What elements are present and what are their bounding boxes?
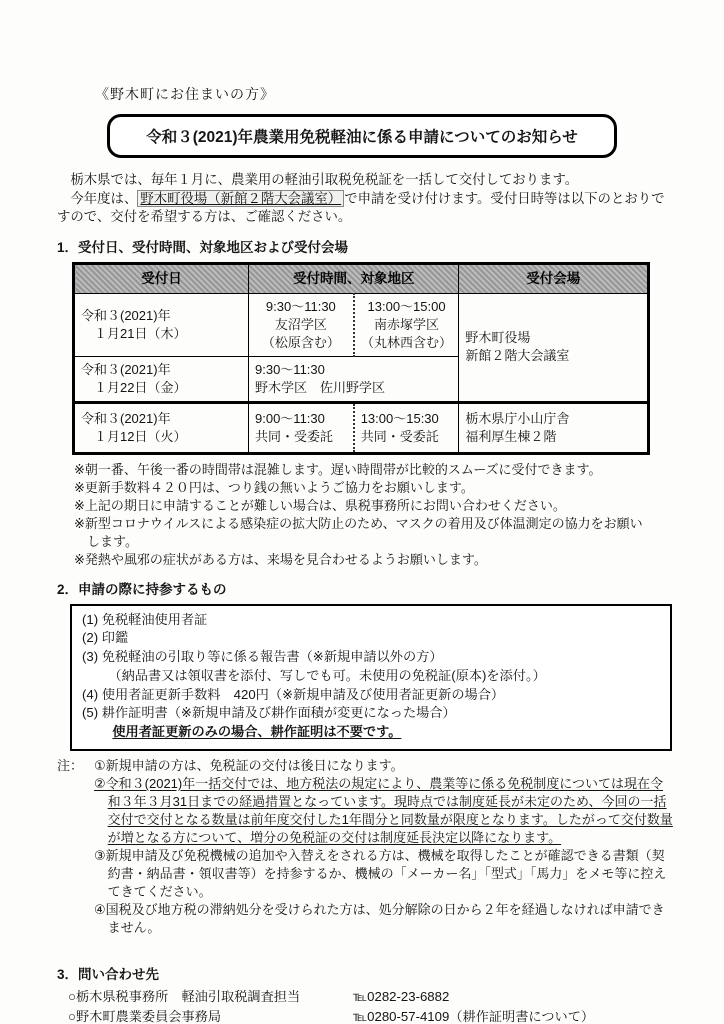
- note-item: ※発熱や風邪の症状がある方は、来場を見合わせるようお願いします。: [74, 551, 646, 569]
- bring-item-3-sub: （納品書又は領収書を添付、写しでも可。未使用の免税証(原本)を添付。）: [108, 667, 660, 686]
- row3-morning-slot: 9:00～11:30 共同・受委託: [249, 402, 354, 453]
- bring-item-4: (4) 使用者証更新手数料 420円（※新規申請及び使用者証更新の場合）: [82, 686, 660, 705]
- intro-section: 栃木県では、毎年１月に、農業用の軽油引取税免税証を一括して交付しております。 今…: [57, 171, 677, 227]
- section1-heading: 1．受付日、受付時間、対象地区および受付会場: [57, 236, 677, 256]
- intro-paragraph-1: 栃木県では、毎年１月に、農業用の軽油引取税免税証を一括して交付しております。: [57, 171, 677, 190]
- page-title: 令和３(2021)年農業用免税軽油に係る申請についてのお知らせ: [146, 129, 578, 146]
- table-row-jan12: 令和３(2021)年 １月12日（火） 9:00～11:30 共同・受委託 13…: [74, 402, 649, 453]
- intro-p2-pre: 今年度は、: [70, 191, 137, 206]
- intro-paragraph-2: 今年度は、野木町役場（新館２階大会議室）で申請を受け付けます。受付日時等は以下の…: [57, 190, 677, 227]
- remarks-items: ①新規申請の方は、免税証の交付は後日になります。 ②令和３(2021)年一括交付…: [94, 757, 675, 937]
- contact-row-kenzei: ○栃木県税事務所 軽油引取税調査担当 ℡0282-23-6882: [68, 987, 677, 1007]
- bring-item-5: (5) 耕作証明書（※新規申請及び耕作面積が変更になった場合）: [82, 704, 660, 723]
- note-item: ※上記の期日に申請することが難しい場合は、県税事務所にお問い合わせください。: [74, 497, 646, 515]
- row1-date: 令和３(2021)年 １月21日（木）: [74, 293, 249, 356]
- audience-note: 《野木町にお住まいの方》: [95, 84, 677, 104]
- remark-4: ④国税及び地方税の滞納処分を受けられた方は、処分解除の日から２年を経過しなければ…: [94, 901, 675, 937]
- bring-item-5-note: 使用者証更新のみの場合、耕作証明は不要です。: [112, 723, 660, 742]
- venue-highlight: 野木町役場（新館２階大会議室）: [137, 190, 344, 207]
- venue-oyama-office: 栃木県庁小山庁舎 福利厚生棟２階: [459, 402, 649, 453]
- bring-item-2: (2) 印鑑: [82, 629, 660, 648]
- contact-name: ○栃木県税事務所 軽油引取税調査担当: [68, 987, 353, 1007]
- title-box: 令和３(2021)年農業用免税軽油に係る申請についてのお知らせ: [107, 114, 617, 158]
- remark-1: ①新規申請の方は、免税証の交付は後日になります。: [94, 757, 675, 775]
- row1-afternoon-slot: 13:00～15:00 南赤塚学区 （丸林西含む）: [354, 293, 459, 356]
- note-item: ※朝一番、午後一番の時間帯は混雑します。遅い時間帯が比較的スムーズに受付できます…: [74, 461, 646, 479]
- bring-item-3: (3) 免税軽油の引取り等に係る報告書（※新規申請以外の方）: [82, 648, 660, 667]
- table-row-jan21: 令和３(2021)年 １月21日（木） 9:30～11:30 友沼学区 （松原含…: [74, 293, 649, 356]
- row1-morning-slot: 9:30～11:30 友沼学区 （松原含む）: [249, 293, 354, 356]
- scanned-notice-page: 《野木町にお住まいの方》 令和３(2021)年農業用免税軽油に係る申請についての…: [0, 0, 724, 1024]
- venue-nogi-hall: 野木町役場 新館２階大会議室: [459, 293, 649, 402]
- bring-item-1: (1) 免税軽油使用者証: [82, 611, 660, 630]
- contact-phone: ℡0280-57-4109（耕作証明書について）: [353, 1007, 594, 1024]
- table-header-row: 受付日 受付時間、対象地区 受付会場: [74, 263, 649, 293]
- bring-items-box: (1) 免税軽油使用者証 (2) 印鑑 (3) 免税軽油の引取り等に係る報告書（…: [70, 604, 672, 752]
- row2-date: 令和３(2021)年 １月22日（金）: [74, 356, 249, 402]
- contact-row-nogyo-iinkai: ○野木町農業委員会事務局 ℡0280-57-4109（耕作証明書について）: [68, 1007, 677, 1024]
- remarks-label: 注：: [57, 757, 94, 937]
- header-venue: 受付会場: [459, 263, 649, 293]
- row3-date: 令和３(2021)年 １月12日（火）: [74, 402, 249, 453]
- row2-time-slot: 9:30～11:30 野木学区 佐川野学区: [249, 356, 459, 402]
- header-time-area: 受付時間、対象地区: [249, 263, 459, 293]
- contact-phone: ℡0282-23-6882: [353, 987, 449, 1007]
- schedule-table: 受付日 受付時間、対象地区 受付会場 令和３(2021)年 １月21日（木） 9…: [72, 262, 650, 455]
- document-content: 《野木町にお住まいの方》 令和３(2021)年農業用免税軽油に係る申請についての…: [57, 84, 677, 1024]
- remarks-block: 注： ①新規申請の方は、免税証の交付は後日になります。 ②令和３(2021)年一…: [57, 757, 677, 937]
- note-item: ※新型コロナウイルスによる感染症の拡大防止のため、マスクの着用及び体温測定の協力…: [74, 515, 646, 551]
- header-date: 受付日: [74, 263, 249, 293]
- section2-heading: 2．申請の際に持参するもの: [57, 578, 677, 598]
- remark-3: ③新規申請及び免税機械の追加や入替えをされる方は、機械を取得したことが確認できる…: [94, 847, 675, 901]
- contacts: ○栃木県税事務所 軽油引取税調査担当 ℡0282-23-6882 ○野木町農業委…: [68, 987, 677, 1024]
- section3-heading: 3．問い合わせ先: [57, 963, 677, 983]
- contact-name: ○野木町農業委員会事務局: [68, 1007, 353, 1024]
- table-notes: ※朝一番、午後一番の時間帯は混雑します。遅い時間帯が比較的スムーズに受付できます…: [74, 461, 646, 569]
- note-item: ※更新手数料４２０円は、つり銭の無いようご協力をお願いします。: [74, 479, 646, 497]
- row3-afternoon-slot: 13:00～15:30 共同・受委託: [354, 402, 459, 453]
- remark-2: ②令和３(2021)年一括交付では、地方税法の規定により、農業等に係る免税制度に…: [94, 775, 675, 847]
